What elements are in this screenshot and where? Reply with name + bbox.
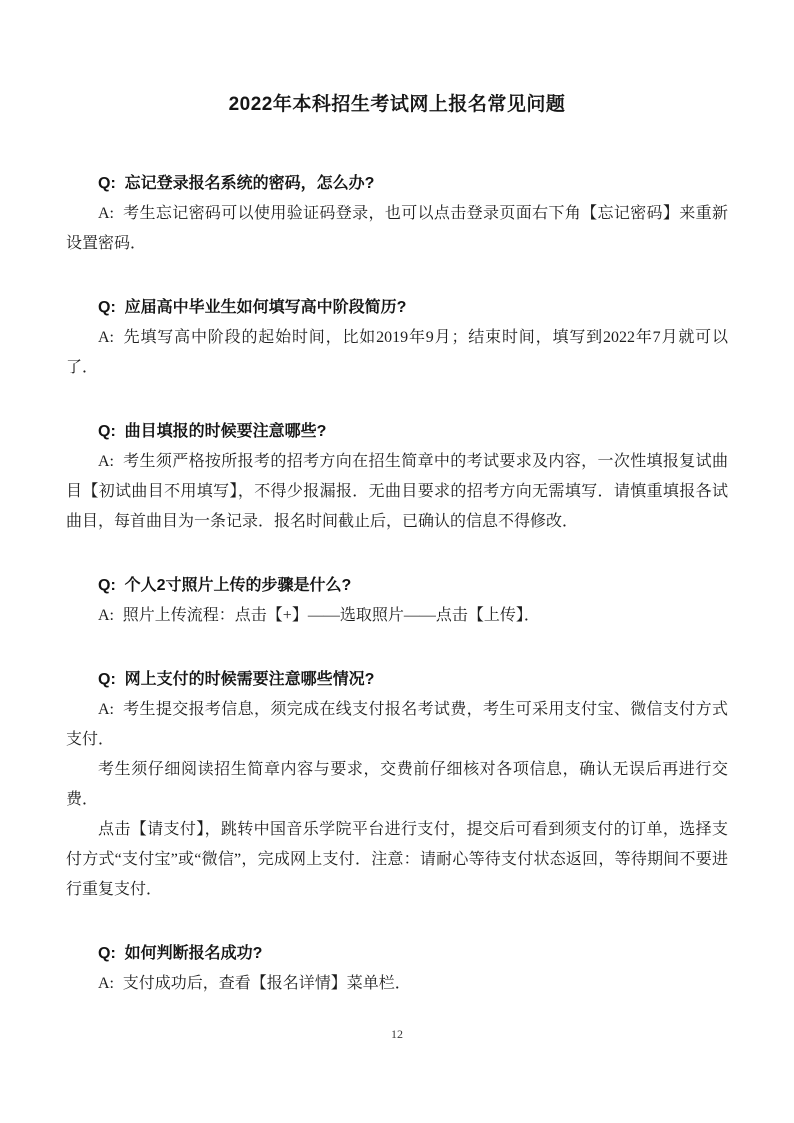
q-label: Q: bbox=[98, 945, 116, 962]
q-label: Q: bbox=[98, 175, 116, 192]
faq-question: Q:应届高中毕业生如何填写高中阶段简历? bbox=[66, 293, 728, 323]
faq-answer: A:照片上传流程：点击【+】——选取照片——点击【上传】． bbox=[66, 601, 728, 631]
a-label: A: bbox=[98, 453, 114, 470]
faq-answer: A:支付成功后，查看【报名详情】菜单栏． bbox=[66, 969, 728, 999]
q-label: Q: bbox=[98, 577, 116, 594]
a-label: A: bbox=[98, 607, 114, 624]
q-label: Q: bbox=[98, 299, 116, 316]
faq-question: Q:个人2寸照片上传的步骤是什么? bbox=[66, 571, 728, 601]
faq-item-resume: Q:应届高中毕业生如何填写高中阶段简历? A:先填写高中阶段的起始时间，比如20… bbox=[66, 293, 728, 383]
answer-text: 照片上传流程：点击【+】——选取照片——点击【上传】． bbox=[123, 607, 540, 624]
a-label: A: bbox=[98, 329, 114, 346]
page-number: 12 bbox=[0, 1024, 794, 1044]
question-text: 个人2寸照片上传的步骤是什么? bbox=[125, 577, 352, 594]
question-text: 网上支付的时候需要注意哪些情况? bbox=[125, 671, 375, 688]
page-title: 2022年本科招生考试网上报名常见问题 bbox=[66, 90, 728, 120]
faq-question: Q:如何判断报名成功? bbox=[66, 939, 728, 969]
faq-answer: A:考生忘记密码可以使用验证码登录，也可以点击登录页面右下角【忘记密码】来重新设… bbox=[66, 199, 728, 259]
faq-question: Q:网上支付的时候需要注意哪些情况? bbox=[66, 665, 728, 695]
answer-text: 先填写高中阶段的起始时间，比如2019年9月；结束时间，填写到2022年7月就可… bbox=[66, 329, 728, 376]
answer-text: 支付成功后，查看【报名详情】菜单栏． bbox=[123, 975, 411, 992]
q-label: Q: bbox=[98, 671, 116, 688]
faq-answer: A:考生须严格按所报考的招考方向在招生简章中的考试要求及内容，一次性填报复试曲目… bbox=[66, 447, 728, 537]
faq-item-repertoire: Q:曲目填报的时候要注意哪些? A:考生须严格按所报考的招考方向在招生简章中的考… bbox=[66, 417, 728, 537]
faq-answer-continued: 考生须仔细阅读招生简章内容与要求，交费前仔细核对各项信息，确认无误后再进行交费． bbox=[66, 755, 728, 815]
document-page: 2022年本科招生考试网上报名常见问题 Q:忘记登录报名系统的密码，怎么办? A… bbox=[0, 0, 794, 1123]
question-text: 忘记登录报名系统的密码，怎么办? bbox=[125, 175, 375, 192]
faq-question: Q:曲目填报的时候要注意哪些? bbox=[66, 417, 728, 447]
q-label: Q: bbox=[98, 423, 116, 440]
faq-answer: A:先填写高中阶段的起始时间，比如2019年9月；结束时间，填写到2022年7月… bbox=[66, 323, 728, 383]
question-text: 应届高中毕业生如何填写高中阶段简历? bbox=[125, 299, 407, 316]
faq-answer: A:考生提交报考信息，须完成在线支付报名考试费，考生可采用支付宝、微信支付方式支… bbox=[66, 695, 728, 755]
faq-item-registration-success: Q:如何判断报名成功? A:支付成功后，查看【报名详情】菜单栏． bbox=[66, 939, 728, 999]
faq-item-online-payment: Q:网上支付的时候需要注意哪些情况? A:考生提交报考信息，须完成在线支付报名考… bbox=[66, 665, 728, 905]
answer-text: 考生忘记密码可以使用验证码登录，也可以点击登录页面右下角【忘记密码】来重新设置密… bbox=[66, 205, 728, 252]
a-label: A: bbox=[98, 701, 114, 718]
question-text: 曲目填报的时候要注意哪些? bbox=[125, 423, 327, 440]
question-text: 如何判断报名成功? bbox=[125, 945, 263, 962]
faq-question: Q:忘记登录报名系统的密码，怎么办? bbox=[66, 169, 728, 199]
faq-item-password: Q:忘记登录报名系统的密码，怎么办? A:考生忘记密码可以使用验证码登录，也可以… bbox=[66, 169, 728, 259]
answer-text: 考生须严格按所报考的招考方向在招生简章中的考试要求及内容，一次性填报复试曲目【初… bbox=[66, 453, 728, 530]
faq-answer-continued: 点击【请支付】，跳转中国音乐学院平台进行支付，提交后可看到须支付的订单，选择支付… bbox=[66, 815, 728, 905]
a-label: A: bbox=[98, 205, 114, 222]
a-label: A: bbox=[98, 975, 114, 992]
faq-item-photo-upload: Q:个人2寸照片上传的步骤是什么? A:照片上传流程：点击【+】——选取照片——… bbox=[66, 571, 728, 631]
answer-text: 考生提交报考信息，须完成在线支付报名考试费，考生可采用支付宝、微信支付方式支付． bbox=[66, 701, 728, 748]
